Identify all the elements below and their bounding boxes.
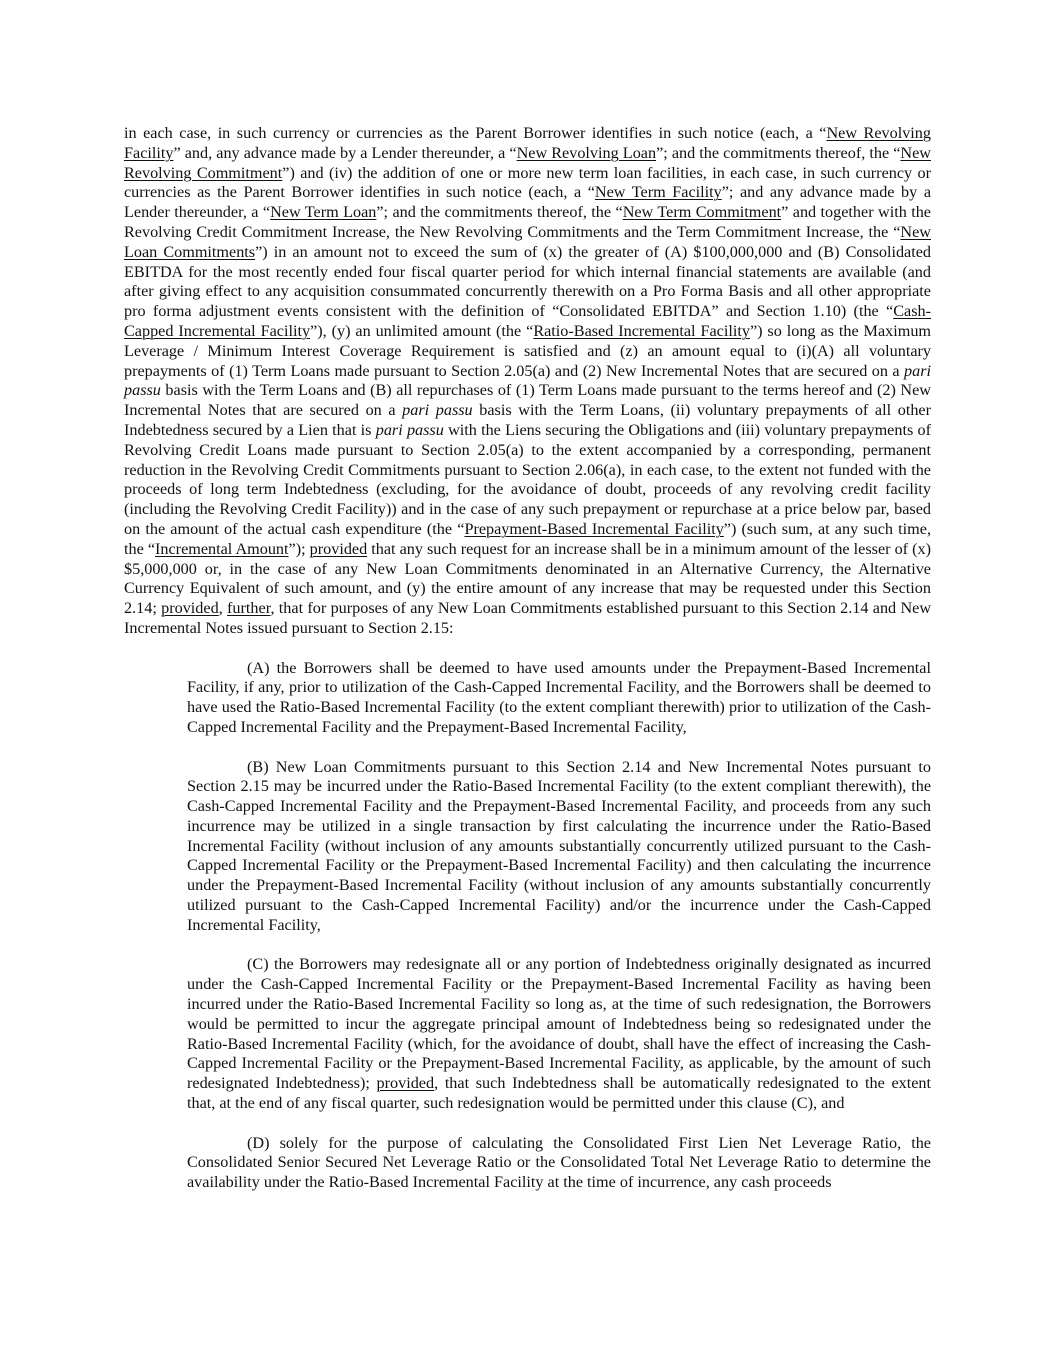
text-run: (B) New Loan Commitments pursuant to thi…	[187, 758, 931, 934]
defined-term: provided	[377, 1074, 435, 1092]
clause-b: (B) New Loan Commitments pursuant to thi…	[187, 758, 931, 936]
text-run: in each case, in such currency or curren…	[124, 124, 826, 142]
text-run: ”; and the commitments thereof, the “	[376, 203, 622, 221]
defined-term: New Term Commitment	[623, 203, 781, 221]
document-page: in each case, in such currency or curren…	[124, 124, 931, 1213]
text-run: ”; and the commitments thereof, the “	[656, 144, 900, 162]
text-run: ,	[219, 599, 227, 617]
text-run: ”);	[289, 540, 310, 558]
defined-term: Prepayment-Based Incremental Facility	[464, 520, 723, 538]
defined-term: New Term Loan	[270, 203, 376, 221]
defined-term: further	[227, 599, 270, 617]
defined-term: provided	[161, 599, 219, 617]
defined-term: New Revolving Loan	[517, 144, 656, 162]
text-run: (C) the Borrowers may redesignate all or…	[187, 955, 931, 1092]
text-run: ” and, any advance made by a Lender ther…	[173, 144, 516, 162]
lead-paragraph: in each case, in such currency or curren…	[124, 124, 931, 639]
clause-d: (D) solely for the purpose of calculatin…	[187, 1134, 931, 1193]
text-run: (A) the Borrowers shall be deemed to hav…	[187, 659, 931, 736]
defined-term: Incremental Amount	[155, 540, 289, 558]
text-run: (D) solely for the purpose of calculatin…	[187, 1134, 931, 1192]
defined-term: provided	[310, 540, 368, 558]
text-run: ”), (y) an unlimited amount (the “	[310, 322, 533, 340]
italic-term: pari passu	[376, 421, 444, 439]
defined-term: Ratio-Based Incremental Facility	[533, 322, 750, 340]
clause-c: (C) the Borrowers may redesignate all or…	[187, 955, 931, 1113]
defined-term: New Term Facility	[595, 183, 722, 201]
clause-a: (A) the Borrowers shall be deemed to hav…	[187, 659, 931, 738]
italic-term: pari passu	[402, 401, 472, 419]
